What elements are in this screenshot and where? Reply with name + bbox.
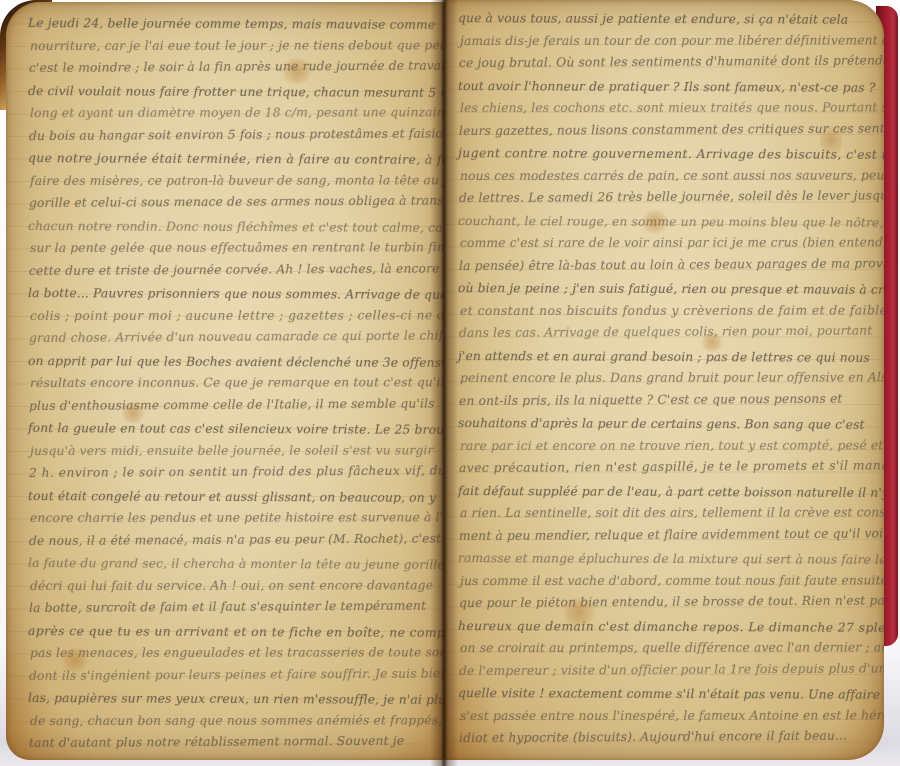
handwritten-line: en ont-ils pris, ils la niquette ? C'est… bbox=[459, 387, 879, 412]
handwritten-line: jamais dis-je ferais un tour de con pour… bbox=[460, 29, 880, 52]
handwritten-line: on se croirait au printemps, quelle diff… bbox=[460, 636, 880, 659]
handwritten-line: comme c'est si rare de le voir ainsi par… bbox=[460, 231, 880, 254]
page-right: que à vous tous, aussi je patiente et en… bbox=[444, 0, 884, 760]
handwritten-line: que à vous tous, aussi je patiente et en… bbox=[458, 7, 878, 31]
handwritten-line: la botte, surcroît de faim et il faut s'… bbox=[29, 594, 441, 619]
handwritten-line: la pensée) être là-bas tout au loin à ce… bbox=[459, 252, 879, 277]
handwritten-line: souhaitons d'après la peur de certains g… bbox=[458, 412, 878, 436]
handwriting-left: Le jeudi 24, belle journée comme temps, … bbox=[6, 2, 444, 760]
handwritten-line: sur la pente gelée que nous effectuâmes … bbox=[30, 236, 442, 259]
handwritten-line: peinent encore le plus. Dans grand bruit… bbox=[460, 366, 880, 389]
handwritten-line: de l'empereur ; visite d'un officier pou… bbox=[459, 657, 879, 682]
handwritten-line: la botte... Pauvres prisonniers que nous… bbox=[28, 282, 440, 306]
handwriting-right: que à vous tous, aussi je patiente et en… bbox=[444, 0, 884, 760]
handwritten-line: on apprit par lui que les Boches avaient… bbox=[28, 350, 440, 374]
handwritten-line: j'en attends et en aurai grand besoin ; … bbox=[458, 345, 878, 369]
handwritten-line: encore charrie les pendus et une petite … bbox=[30, 506, 442, 529]
handwritten-line: cette dure et triste de journée corvée. … bbox=[29, 257, 441, 282]
handwritten-line: font la gueule en tout cas c'est silenci… bbox=[28, 417, 440, 441]
handwritten-line: de sang, chacun bon sang que nous sommes… bbox=[30, 709, 442, 732]
handwritten-line: de nous, il a été menacé, mais n'a pas e… bbox=[29, 527, 441, 552]
handwritten-line: rare par ici et encore on ne trouve rien… bbox=[460, 434, 880, 457]
handwritten-line: et constant nos biscuits fondus y crèver… bbox=[460, 299, 880, 322]
handwritten-line: tout était congelé au retour et aussi gl… bbox=[28, 485, 440, 509]
handwritten-line: dont ils s'ingénient pour leurs peines e… bbox=[29, 662, 441, 687]
handwritten-line: long et ayant un diamètre moyen de 18 c/… bbox=[30, 101, 442, 124]
handwritten-line: heureux que demain c'est dimanche repos.… bbox=[458, 615, 878, 639]
handwritten-line: tant d'autant plus notre rétablissement … bbox=[29, 729, 441, 754]
handwritten-line: pas les menaces, les engueulades et les … bbox=[30, 641, 442, 664]
handwritten-line: de lettres. Le samedi 26 très belle jour… bbox=[459, 184, 879, 209]
handwritten-line: résultats encore inconnus. Ce que je rem… bbox=[30, 371, 442, 394]
handwritten-line: quelle visite ! exactement comme s'il n'… bbox=[458, 682, 878, 706]
handwritten-line: que pour le piéton bien entendu, il se b… bbox=[459, 589, 879, 614]
handwritten-line: las, paupières sur mes yeux creux, un ri… bbox=[28, 687, 440, 711]
handwritten-line: c'est le moindre ; le soir à la fin aprè… bbox=[29, 54, 441, 79]
handwritten-line: de civil voulait nous faire frotter une … bbox=[28, 80, 440, 104]
handwritten-line: où bien je peine ; j'en suis fatigué, ri… bbox=[458, 277, 878, 301]
book-gutter bbox=[430, 0, 458, 766]
handwritten-line: chacun notre rondin. Donc nous fléchîmes… bbox=[28, 215, 440, 239]
handwritten-line: couchant, le ciel rouge, en somme un peu… bbox=[458, 210, 878, 234]
handwritten-line: la faute du grand sec, il chercha à mont… bbox=[28, 552, 440, 576]
handwritten-line: après ce que tu es un arrivant et on te … bbox=[28, 620, 440, 644]
handwritten-line: faire des misères, ce patron-là buveur d… bbox=[30, 169, 442, 192]
handwritten-line: s'est passée entre nous l'inespéré, le f… bbox=[460, 704, 880, 727]
diary-scan: Le jeudi 24, belle journée comme temps, … bbox=[0, 0, 900, 766]
handwritten-line: plus d'enthousiasme comme celle de l'Ita… bbox=[29, 392, 441, 417]
handwritten-line: grand chose. Arrivée d'un nouveau camara… bbox=[29, 324, 441, 349]
handwritten-line: jusqu'à vers midi, ensuite belle journée… bbox=[30, 439, 442, 462]
handwritten-line: 2 h. environ ; le soir on sentit un froi… bbox=[29, 459, 441, 484]
handwritten-line: jus comme il est vache d'abord, comme to… bbox=[460, 569, 880, 592]
handwritten-line: leurs gazettes, nous lisons constamment … bbox=[459, 117, 879, 142]
handwritten-line: nous ces modestes carrés de pain, ce son… bbox=[460, 164, 880, 187]
handwritten-line: les chiens, les cochons etc. sont mieux … bbox=[460, 96, 880, 119]
handwritten-line: tout avoir l'honneur de pratiquer ? Ils … bbox=[458, 75, 878, 99]
handwritten-line: du bois au hangar soit environ 5 fois ; … bbox=[29, 122, 441, 147]
handwritten-line: idiot et hypocrite (biscuits). Aujourd'h… bbox=[459, 724, 879, 749]
handwritten-line: que notre journée était terminée, rien à… bbox=[28, 147, 440, 171]
handwritten-line: ramasse et mange épluchures de la mixtur… bbox=[458, 547, 878, 571]
handwritten-line: gorille et celui-ci sous menace de ses a… bbox=[29, 189, 441, 214]
handwritten-line: colis ; point pour moi ; aucune lettre ;… bbox=[30, 304, 442, 327]
handwritten-line: décri qui lui fait du service. Ah ! oui,… bbox=[30, 574, 442, 597]
handwritten-line: ce joug brutal. Où sont les sentiments d… bbox=[459, 49, 879, 74]
handwritten-line: dans les cas. Arrivage de quelques colis… bbox=[459, 319, 879, 344]
handwritten-line: Le jeudi 24, belle journée comme temps, … bbox=[28, 12, 440, 36]
page-left: Le jeudi 24, belle journée comme temps, … bbox=[6, 2, 444, 760]
handwritten-line: a rien. La sentinelle, soit dit des airs… bbox=[460, 501, 880, 524]
handwritten-line: fait défaut suppléé par de l'eau, à part… bbox=[458, 480, 878, 504]
handwritten-line: avec précaution, rien n'est gaspillé, je… bbox=[459, 454, 879, 479]
handwritten-line: nourriture, car je l'ai eue tout le jour… bbox=[30, 34, 442, 57]
handwritten-line: jugent contre notre gouvernement. Arriva… bbox=[458, 142, 878, 166]
handwritten-line: ment à peu mendier, reluque et flaire av… bbox=[459, 522, 879, 547]
